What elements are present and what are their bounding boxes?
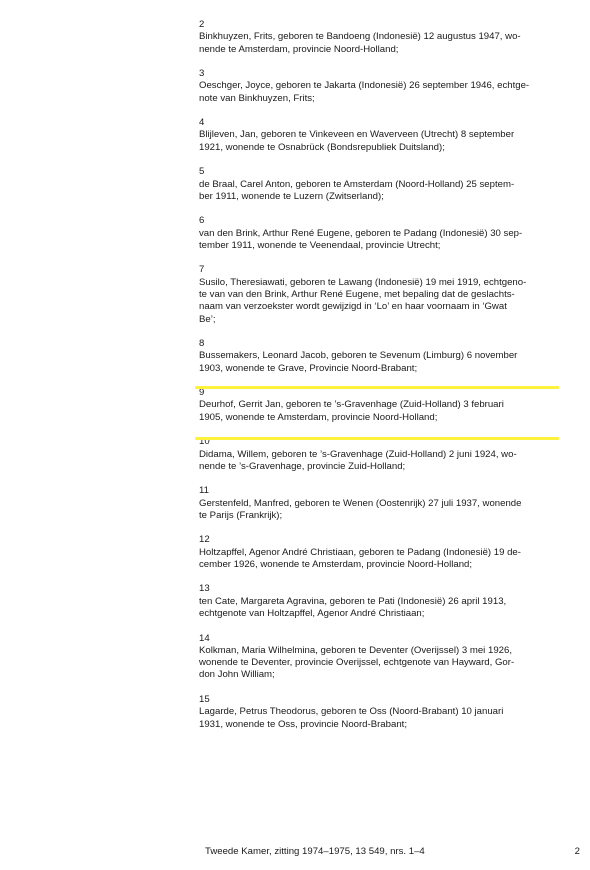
entry-number: 15 <box>199 694 579 706</box>
entry-text: Deurhof, Gerrit Jan, geboren te ’s-Grave… <box>199 399 579 424</box>
entry-3: 3 Oeschger, Joyce, geboren te Jakarta (I… <box>199 68 579 105</box>
entry-number: 3 <box>199 68 579 80</box>
page-footer: Tweede Kamer, zitting 1974–1975, 13 549,… <box>205 846 580 858</box>
entry-7: 7 Susilo, Theresiawati, geboren te Lawan… <box>199 264 579 325</box>
entry-number: 14 <box>199 633 579 645</box>
entry-number: 6 <box>199 215 579 227</box>
entry-text: Lagarde, Petrus Theodorus, geboren te Os… <box>199 706 579 731</box>
entry-number: 4 <box>199 117 579 129</box>
entry-9: 9 Deurhof, Gerrit Jan, geboren te ’s-Gra… <box>199 387 579 424</box>
entry-2: 2 Binkhuyzen, Frits, geboren te Bandoeng… <box>199 19 579 56</box>
page-number: 2 <box>575 846 580 858</box>
entry-text: Binkhuyzen, Frits, geboren te Bandoeng (… <box>199 31 579 56</box>
entry-number: 7 <box>199 264 579 276</box>
entry-13: 13 ten Cate, Margareta Agravina, geboren… <box>199 583 579 620</box>
entry-6: 6 van den Brink, Arthur René Eugene, geb… <box>199 215 579 252</box>
entry-text: Gerstenfeld, Manfred, geboren te Wenen (… <box>199 498 579 523</box>
entry-number: 2 <box>199 19 579 31</box>
entry-text: Kolkman, Maria Wilhelmina, geboren te De… <box>199 645 579 682</box>
entry-14: 14 Kolkman, Maria Wilhelmina, geboren te… <box>199 633 579 682</box>
entry-text: Blijleven, Jan, geboren te Vinkeveen en … <box>199 129 579 154</box>
entry-number: 5 <box>199 166 579 178</box>
entry-text: de Braal, Carel Anton, geboren te Amster… <box>199 179 579 204</box>
entry-10: 10 Didama, Willem, geboren te ’s-Gravenh… <box>199 436 579 473</box>
entry-text: ten Cate, Margareta Agravina, geboren te… <box>199 596 579 621</box>
entry-12: 12 Holtzapffel, Agenor André Christiaan,… <box>199 534 579 571</box>
entry-number: 11 <box>199 485 579 497</box>
entry-number: 13 <box>199 583 579 595</box>
entry-text: Bussemakers, Leonard Jacob, geboren te S… <box>199 350 579 375</box>
entry-4: 4 Blijleven, Jan, geboren te Vinkeveen e… <box>199 117 579 154</box>
entry-11: 11 Gerstenfeld, Manfred, geboren te Wene… <box>199 485 579 522</box>
footer-citation: Tweede Kamer, zitting 1974–1975, 13 549,… <box>205 846 425 857</box>
highlight-mark-below-entry-9 <box>195 437 559 440</box>
entry-text: Didama, Willem, geboren te ’s-Gravenhage… <box>199 449 579 474</box>
entry-number: 12 <box>199 534 579 546</box>
entry-5: 5 de Braal, Carel Anton, geboren te Amst… <box>199 166 579 203</box>
entry-number: 8 <box>199 338 579 350</box>
entry-8: 8 Bussemakers, Leonard Jacob, geboren te… <box>199 338 579 375</box>
entry-text: van den Brink, Arthur René Eugene, gebor… <box>199 228 579 253</box>
highlight-mark-above-entry-9 <box>195 386 559 389</box>
entry-text: Oeschger, Joyce, geboren te Jakarta (Ind… <box>199 80 579 105</box>
entry-text: Holtzapffel, Agenor André Christiaan, ge… <box>199 547 579 572</box>
entry-15: 15 Lagarde, Petrus Theodorus, geboren te… <box>199 694 579 731</box>
entry-text: Susilo, Theresiawati, geboren te Lawang … <box>199 277 579 326</box>
document-body: 2 Binkhuyzen, Frits, geboren te Bandoeng… <box>199 19 579 743</box>
